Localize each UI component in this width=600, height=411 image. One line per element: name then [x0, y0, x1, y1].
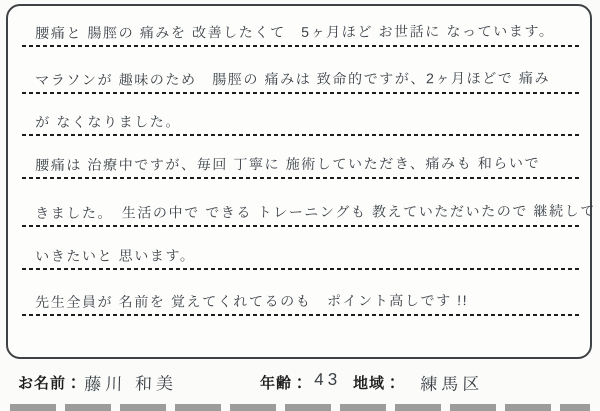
testimonial-line: 腰痛と 腸脛の 痛みを 改善したくて 5ヶ月ほど お世話に なっています。	[22, 6, 582, 47]
name-label: お名前：	[18, 372, 82, 393]
name-value: 藤川 和美	[84, 369, 177, 395]
section-divider	[10, 404, 590, 411]
area-label: 地域：	[353, 372, 401, 393]
ruled-line	[22, 314, 580, 316]
testimonial-line: きました。 生活の中で できる トレーニングも 教えていただいたので 継続して	[22, 179, 582, 227]
handwritten-text: マラソンが 趣味のため 腸脛の 痛みは 致命的ですが、2ヶ月ほどで 痛み	[35, 70, 550, 94]
handwritten-text: 腰痛は 治療中ですが、毎回 丁寧に 施術していただき、痛みも 和らいで	[35, 155, 540, 179]
testimonial-line: 先生全員が 名前を 覚えてくれてるのも ポイント高しです !!	[22, 270, 582, 316]
handwritten-text: が なくなりました。	[35, 113, 181, 136]
handwritten-text: きました。 生活の中で できる トレーニングも 教えていただいたので 継続して	[35, 202, 596, 227]
handwritten-text: 腰痛と 腸脛の 痛みを 改善したくて 5ヶ月ほど お世話に なっています。	[35, 23, 555, 47]
testimonial-line: いきたいと 思います。	[22, 227, 582, 270]
age-label: 年齢：	[260, 372, 308, 393]
handwritten-text: 先生全員が 名前を 覚えてくれてるのも ポイント高しです !!	[35, 292, 468, 316]
testimonial-card: 腰痛と 腸脛の 痛みを 改善したくて 5ヶ月ほど お世話に なっています。 マラ…	[6, 4, 592, 359]
respondent-info: お名前： 藤川 和美 年齢： 43 地域： 練馬区	[0, 368, 600, 398]
handwritten-text: いきたいと 思います。	[35, 247, 196, 270]
testimonial-line: が なくなりました。	[22, 94, 582, 136]
testimonial-text-block: 腰痛と 腸脛の 痛みを 改善したくて 5ヶ月ほど お世話に なっています。 マラ…	[22, 6, 582, 316]
area-value: 練馬区	[420, 369, 484, 395]
testimonial-line: マラソンが 趣味のため 腸脛の 痛みは 致命的ですが、2ヶ月ほどで 痛み	[22, 47, 582, 94]
age-value: 43	[314, 370, 341, 390]
testimonial-line: 腰痛は 治療中ですが、毎回 丁寧に 施術していただき、痛みも 和らいで	[22, 136, 582, 179]
